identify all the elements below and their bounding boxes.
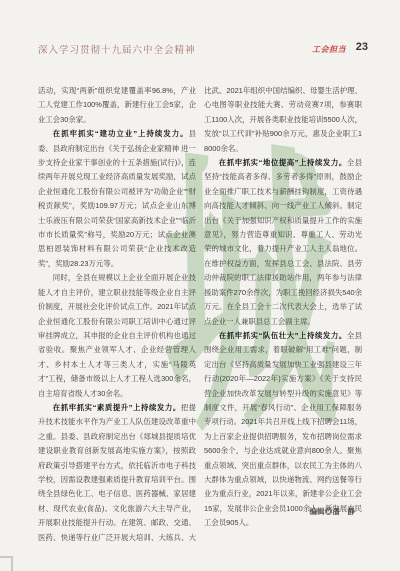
- paragraph-lead: 在抓牢抓实“队伍壮大”上持续发力。: [219, 331, 347, 340]
- article-paragraph: 同时，全县在规模以上企业全面开展企业技能人才自主评价，建立职业技能等级企业自主评…: [38, 271, 196, 401]
- section-title: 深入学习贯彻十九届六中全会精神: [38, 42, 196, 56]
- article-flow: 活动，实现“两新”组织党建覆盖率96.8%，产业工人党建工作100%覆盖，新建行…: [38, 84, 362, 546]
- page-number: 23: [356, 41, 368, 53]
- paragraph-lead: 在抓牢抓实“素质提升”上持续发力。: [53, 403, 181, 412]
- scan-corner-artifact: [0, 556, 13, 571]
- article-paragraph: 在抓牢抓实“队伍壮大”上持续发力。全县围绕企业用工需求，着眼破解“用工难”问题，…: [204, 329, 362, 531]
- paragraph-lead: 在抓牢抓实“地位提高”上持续发力。: [219, 158, 347, 167]
- article-paragraph: 活动，实现“两新”组织党建覆盖率96.8%，产业工人党建工作100%覆盖，新建行…: [38, 84, 196, 127]
- article-paragraph: 在抓牢抓实“地位提高”上持续发力。全县坚持“技能高者多得、多劳者多得”原则，鼓励…: [204, 156, 362, 329]
- paragraph-lead: 在抓牢抓实“建功立业”上持续发力。: [53, 129, 189, 138]
- editor-credit: 编辑◎潘 静: [203, 506, 355, 517]
- article-paragraph: 在抓牢抓实“建功立业”上持续发力。县委、县政府制定出台《关于弘扬企业家精神 进一…: [38, 127, 196, 271]
- magazine-page: 深入学习贯彻十九届六中全会精神 工会担当 23 城 活动，实现“两新”组织党建覆…: [0, 0, 400, 571]
- column-tag: 工会担当: [312, 44, 346, 55]
